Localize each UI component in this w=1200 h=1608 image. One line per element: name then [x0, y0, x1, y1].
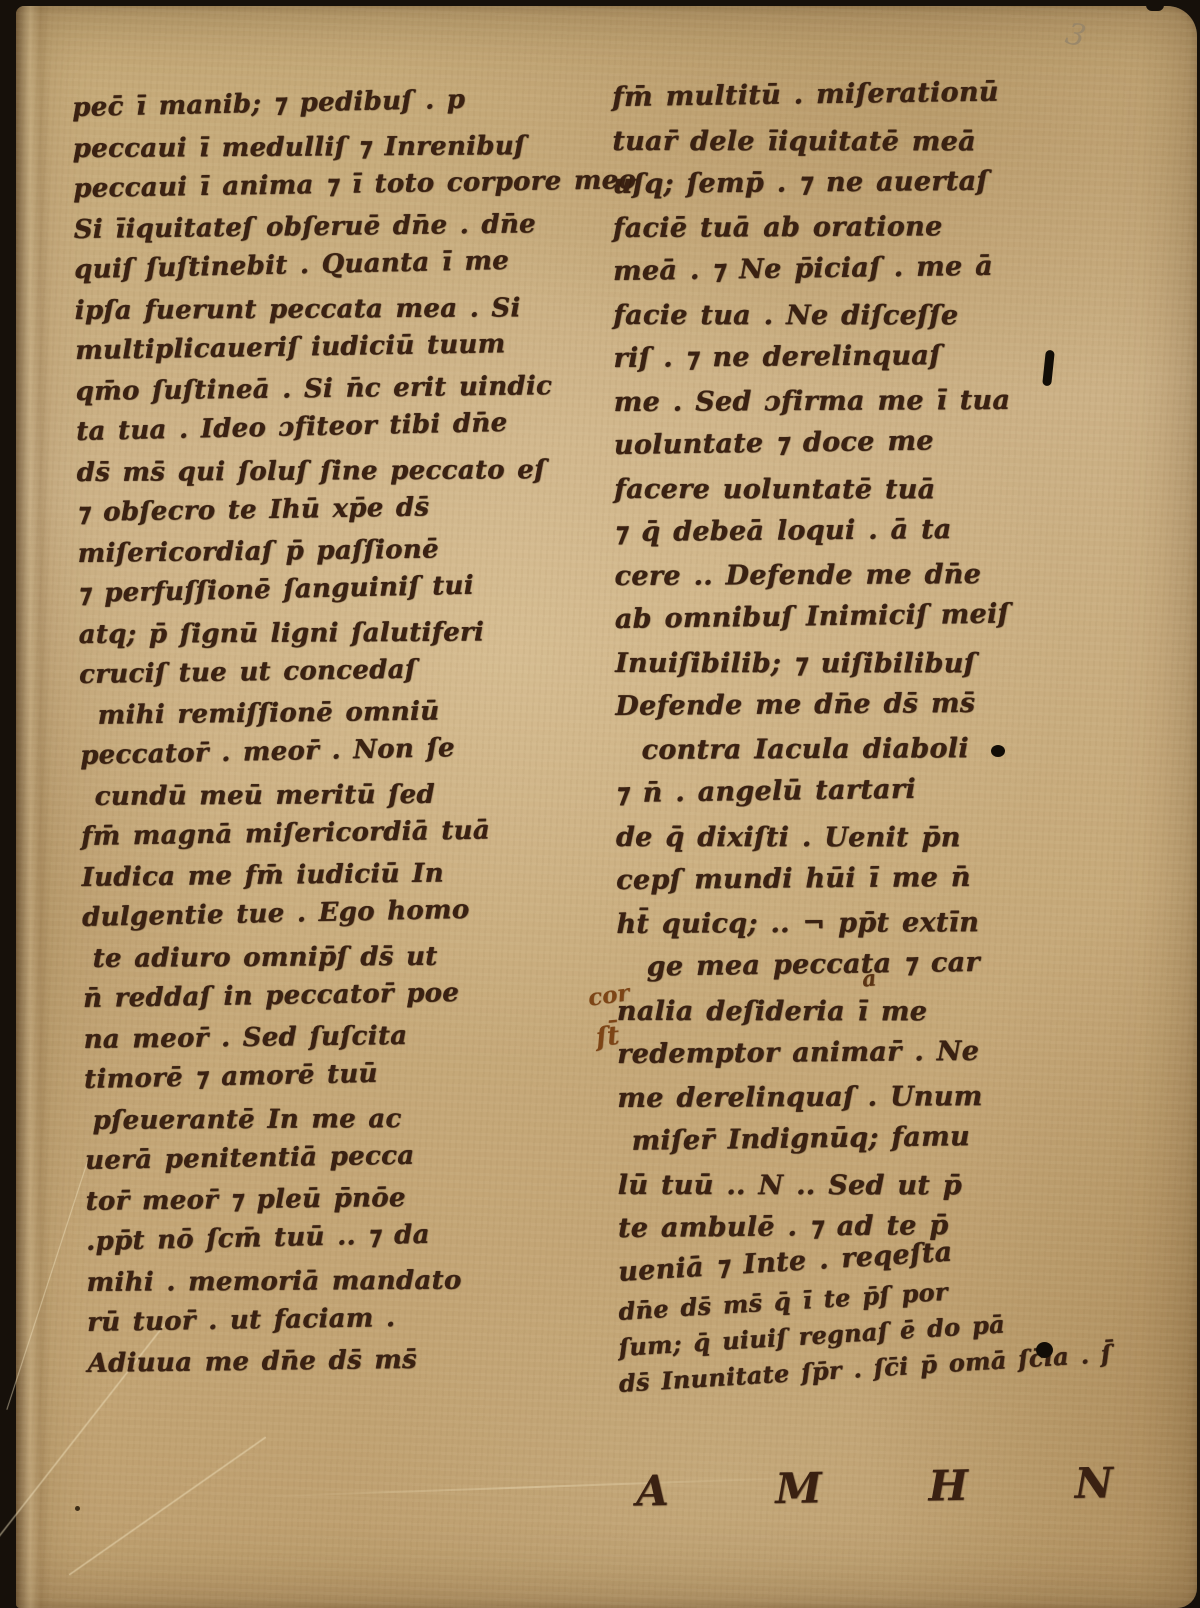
text-line: peccaui ī anima ⁊ ī toto corpore meo	[73, 161, 609, 210]
text-line: de q̄ dixiſti . Uenit p̄n	[616, 815, 1191, 859]
text-line: facere uoluntatē tuā	[614, 467, 1189, 511]
text-line: facie tua . Ne diſceſſe	[613, 293, 1188, 337]
text-line: uerā penitentiā pecca	[85, 1133, 621, 1182]
text-line: ⁊ n̄ . angelū tartari	[615, 764, 1191, 816]
manuscript-left-column: pec̄ ī manib; ⁊ pedibuſ . ppeccaui ī med…	[72, 81, 623, 1383]
ink-blot	[1036, 1342, 1053, 1358]
text-line: lū tuū .. N .. Sed ut p̄	[618, 1163, 1193, 1207]
text-line: miſer̄ Indignūq; famu	[617, 1112, 1193, 1164]
text-line: uſq; ſemp̄ . ⁊ ne auertaſ	[612, 158, 1187, 207]
manuscript-photograph: 3 pec̄ ī manib; ⁊ pedibuſ . ppeccaui ī m…	[0, 0, 1200, 1608]
marginal-insert-cor: cor	[586, 979, 631, 1012]
text-line: ge mea peccata ⁊ car	[616, 938, 1192, 990]
text-line: fm̄ multitū . miſerationū	[612, 68, 1188, 120]
text-line: fm̄ magnā miſericordiā tuā	[81, 809, 617, 858]
text-line: ⁊ q̄ debeā loqui . ā ta	[614, 506, 1189, 555]
text-line: rū tuor̄ . ut faciam .	[87, 1295, 623, 1344]
text-line: Defende me dn̄e ds̄ ms̄	[615, 680, 1190, 729]
text-line: redemptor animar̄ . Ne	[617, 1028, 1192, 1077]
text-line: meā . ⁊ Ne p̄iciaſ . me ā	[613, 242, 1189, 294]
text-line: nalia deſideria ī me	[617, 989, 1192, 1033]
text-line: uoluntate ⁊ doce me	[614, 416, 1190, 468]
interlinear-addition: a	[861, 965, 878, 992]
ink-speck	[75, 1506, 80, 1511]
amen-line: A M H N	[636, 1457, 1160, 1515]
text-line: cruciſ tue ut concedaſ	[79, 647, 615, 696]
text-line: cepſ mundi hūi ī me n̄	[616, 854, 1191, 903]
crease-mark	[68, 1436, 266, 1576]
text-line: Inuiſibilib; ⁊ uiſibilibuſ	[615, 641, 1190, 685]
text-line: Adiuua me dn̄e ds̄ ms̄	[87, 1337, 622, 1384]
text-line: ⁊ obſecro te Ihū xp̄e ds̄	[77, 485, 613, 534]
marginal-insert-st: ſt̄	[594, 1021, 620, 1053]
text-line: tuar̄ dele īiquitatē meā	[612, 119, 1187, 163]
text-line: n̄ reddaſ in peccator̄ poe	[83, 971, 619, 1020]
manuscript-right-column: fm̄ multitū . miſerationūtuar̄ dele īiqu…	[612, 73, 1194, 1402]
text-line: riſ . ⁊ ne derelinquaſ	[613, 332, 1188, 381]
binding-notch	[1146, 0, 1164, 11]
text-line: multiplicaueriſ iudiciū tuum	[75, 323, 611, 372]
ink-blot	[991, 745, 1005, 757]
text-line: ab omnibuſ Inimiciſ meiſ	[615, 590, 1191, 642]
